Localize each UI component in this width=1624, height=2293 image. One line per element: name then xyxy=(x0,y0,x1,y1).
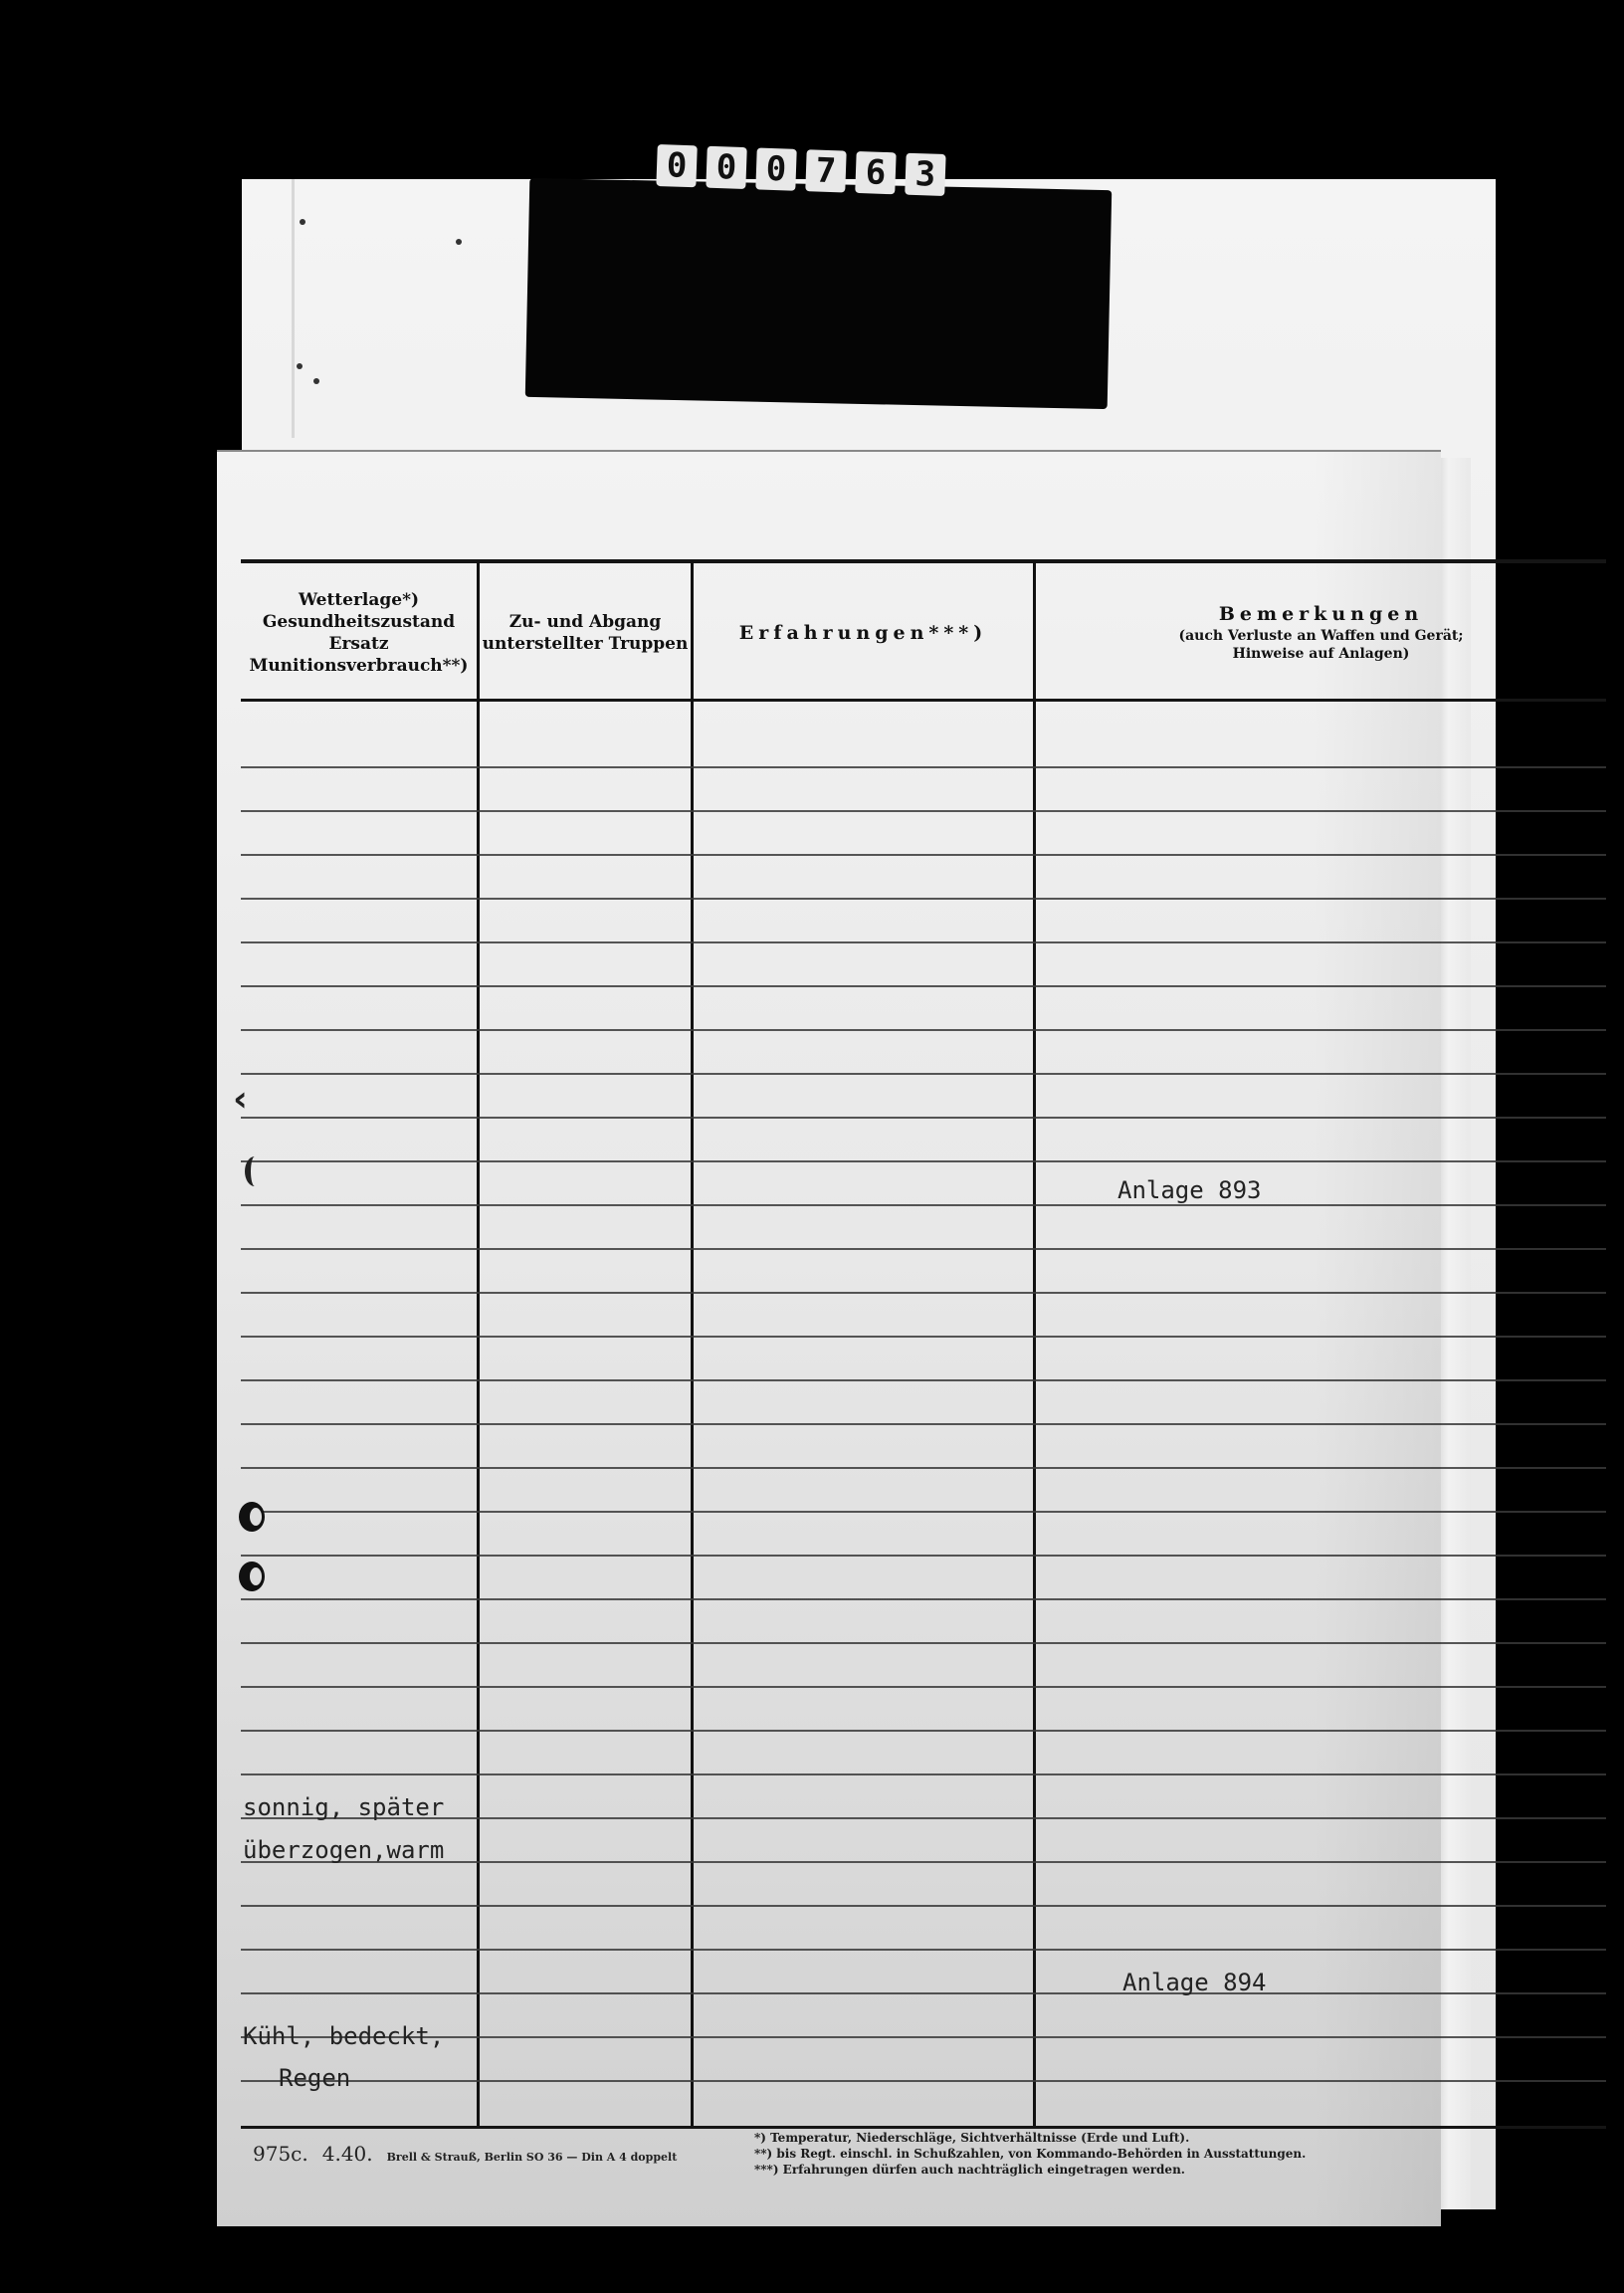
punch-hole-icon xyxy=(245,1156,265,1186)
table-top-rule xyxy=(241,559,1606,563)
weather-entry: sonnig, später xyxy=(243,1793,444,1821)
stamp-digit: 0 xyxy=(706,146,746,189)
header-subtitle: Hinweise auf Anlagen) xyxy=(1233,645,1410,663)
header-remarks-column: Bemerkungen (auch Verluste an Waffen und… xyxy=(1036,565,1606,701)
ruled-line xyxy=(241,1555,1606,1557)
weather-entry: Kühl, bedeckt, xyxy=(243,2022,444,2050)
ruled-line xyxy=(241,898,1606,900)
ruled-line xyxy=(241,2036,1606,2038)
column-divider xyxy=(477,561,480,2129)
ruled-line xyxy=(241,766,1606,768)
header-line: unterstellter Truppen xyxy=(483,633,689,655)
header-line: Ersatz xyxy=(328,633,388,655)
ink-spot xyxy=(313,378,319,384)
ruled-line xyxy=(241,1730,1606,1732)
footnotes: *) Temperatur, Niederschläge, Sichtverhä… xyxy=(754,2130,1306,2178)
form-code: 975c. xyxy=(253,2142,308,2166)
weather-entry: überzogen,warm xyxy=(243,1836,444,1864)
weather-entry: Regen xyxy=(279,2064,350,2092)
ruled-line xyxy=(241,1511,1606,1513)
stamp-digit: 7 xyxy=(805,149,846,192)
header-title: Erfahrungen***) xyxy=(739,621,987,646)
ruled-line xyxy=(241,1686,1606,1688)
ruled-line xyxy=(241,1248,1606,1250)
header-subtitle: (auch Verluste an Waffen und Gerät; xyxy=(1178,627,1463,645)
ruled-line xyxy=(241,1642,1606,1644)
ruled-line xyxy=(241,1379,1606,1381)
ruled-line xyxy=(241,1204,1606,1206)
ruled-line xyxy=(241,1423,1606,1425)
ruled-line xyxy=(241,1160,1606,1162)
black-archive-tab xyxy=(525,178,1112,409)
remarks-entry: Anlage 894 xyxy=(1122,1969,1267,1996)
header-line: Gesundheitszustand xyxy=(263,611,455,633)
form-date: 4.40. xyxy=(322,2142,373,2166)
punch-hole-icon xyxy=(239,1562,265,1591)
header-troops-column: Zu- und Abgang unterstellter Truppen xyxy=(480,565,691,701)
header-line: Zu- und Abgang xyxy=(509,611,662,633)
margin-mark-icon: ‹ xyxy=(233,1079,248,1120)
ruled-line xyxy=(241,2080,1606,2082)
ruled-line xyxy=(241,810,1606,812)
paper-fold xyxy=(292,179,295,438)
footnote: *) Temperatur, Niederschläge, Sichtverhä… xyxy=(754,2130,1306,2146)
ruled-line xyxy=(241,1029,1606,1031)
punch-hole-icon xyxy=(239,1502,265,1532)
ink-spot xyxy=(456,239,462,245)
ink-spot xyxy=(300,219,305,225)
printer-imprint: Brell & Strauß, Berlin SO 36 — Din A 4 d… xyxy=(387,2151,678,2164)
remarks-entry: Anlage 893 xyxy=(1117,1176,1262,1204)
stamp-digit: 0 xyxy=(755,147,796,190)
table-bottom-rule xyxy=(241,2126,1606,2129)
war-diary-form-page: Wetterlage*) Gesundheitszustand Ersatz M… xyxy=(217,450,1441,2226)
ruled-line xyxy=(241,1992,1606,1994)
footnote: **) bis Regt. einschl. in Schußzahlen, v… xyxy=(754,2146,1306,2162)
header-line: Wetterlage*) xyxy=(299,589,419,611)
ruled-line xyxy=(241,1598,1606,1600)
ink-spot xyxy=(297,363,303,369)
ruled-line xyxy=(241,1817,1606,1819)
ruled-line xyxy=(241,1905,1606,1907)
stamp-digit: 6 xyxy=(855,151,896,194)
ruled-line xyxy=(241,1467,1606,1469)
header-weather-column: Wetterlage*) Gesundheitszustand Ersatz M… xyxy=(241,565,477,701)
column-divider xyxy=(691,561,694,2129)
column-divider xyxy=(1033,561,1036,2129)
form-imprint: 975c. 4.40. Brell & Strauß, Berlin SO 36… xyxy=(253,2142,677,2166)
ruled-line xyxy=(241,1117,1606,1119)
stamp-digit: 0 xyxy=(656,144,697,187)
ruled-line xyxy=(241,1292,1606,1294)
ruled-line xyxy=(241,1073,1606,1075)
header-title: Bemerkungen xyxy=(1219,602,1423,627)
ruled-line xyxy=(241,1861,1606,1863)
ruled-line xyxy=(241,985,1606,987)
header-experiences-column: Erfahrungen***) xyxy=(694,565,1033,701)
ruled-line xyxy=(241,941,1606,943)
stamp-digit: 3 xyxy=(905,153,945,196)
ruled-line xyxy=(241,1773,1606,1775)
header-line: Munitionsverbrauch**) xyxy=(250,655,469,677)
ruled-line xyxy=(241,854,1606,856)
ruled-line xyxy=(241,1949,1606,1951)
footnote: ***) Erfahrungen dürfen auch nachträglic… xyxy=(754,2162,1306,2178)
ruled-line xyxy=(241,1336,1606,1338)
